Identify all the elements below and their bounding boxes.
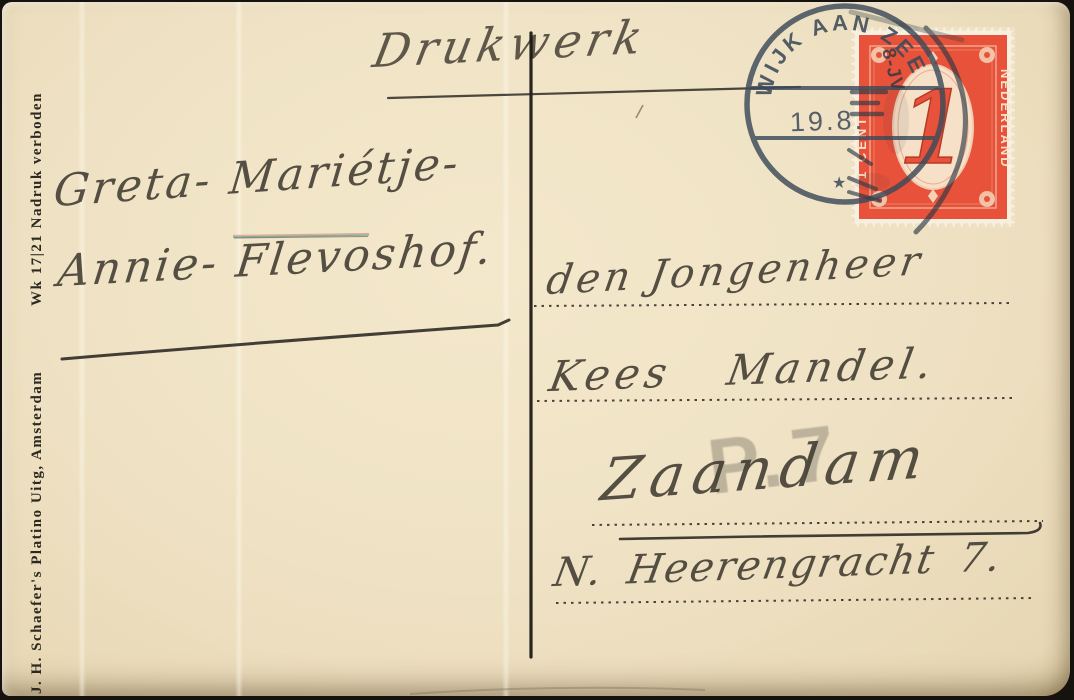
svg-text:WIJK AAN ZEE: WIJK AAN ZEE: [750, 0, 938, 118]
postmark-arc-text-group: WIJK AAN ZEE: [750, 0, 938, 123]
zaandam-underline-stroke: [620, 523, 1041, 539]
stray-pen-tick: [636, 105, 643, 118]
cancel-smudge-1: [883, 86, 909, 154]
postmark-date-text: 19.8.: [789, 105, 865, 138]
sender-flourish-line: [62, 320, 509, 359]
postmark-outer-ring: [747, 6, 943, 202]
postcard-scan: Wk 17|21 Nadruk verboden J. H. Schaefer'…: [0, 0, 1074, 700]
postmark: WIJK AAN ZEE 19.8. ★ 8-JV: [730, 0, 1025, 240]
dotted-address-rule-1: [534, 303, 1012, 306]
postmark-star-icon: ★: [832, 175, 846, 192]
dotted-address-rule-3: [592, 521, 1043, 525]
dotted-address-rule-2: [537, 398, 1012, 401]
dotted-address-rule-4: [556, 598, 1035, 603]
cancel-smudge-2: [854, 173, 890, 191]
postmark-town-text: WIJK AAN ZEE: [750, 0, 938, 118]
postmark-rings: [747, 6, 943, 202]
bottom-faint-curve: [410, 688, 705, 694]
